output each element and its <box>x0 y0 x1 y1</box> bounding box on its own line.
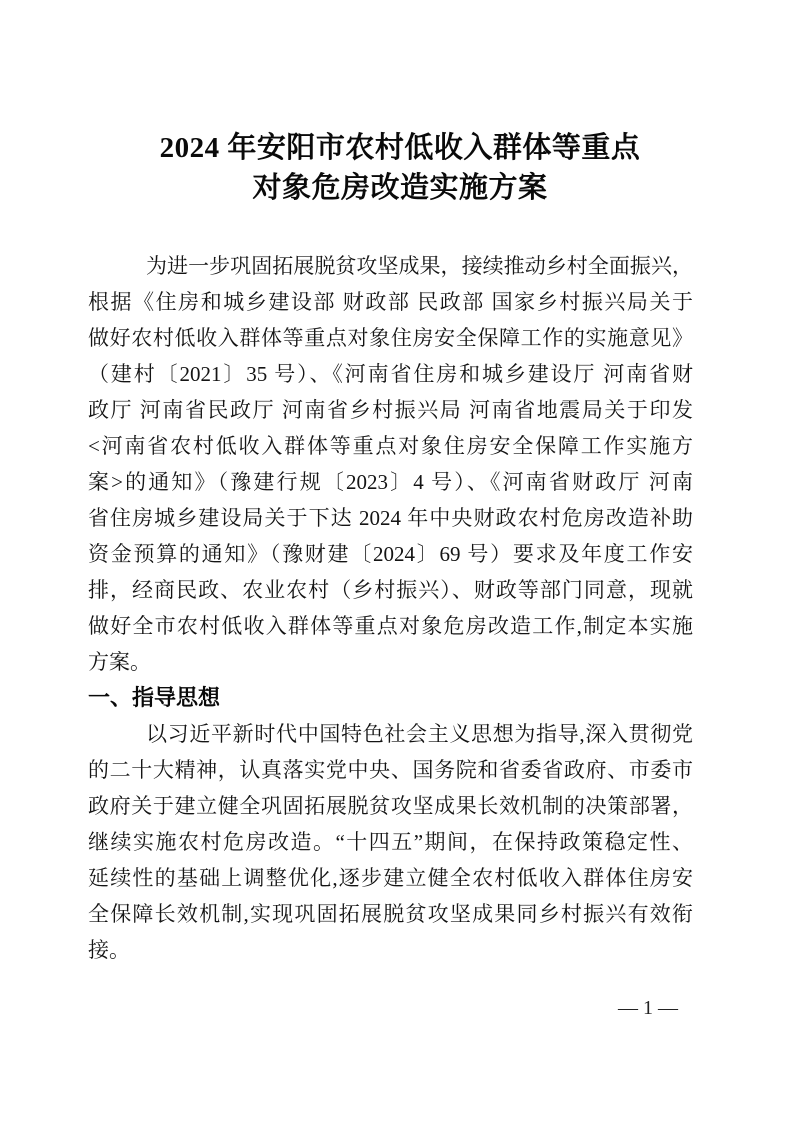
section-line: 接。 <box>88 932 693 968</box>
intro-line: 做好全市农村低收入群体等重点对象危房改造工作,制定本实施 <box>88 608 693 644</box>
document-title: 2024 年安阳市农村低收入群体等重点 对象危房改造实施方案 <box>88 128 693 208</box>
intro-line: 为进一步巩固拓展脱贫攻坚成果，接续推动乡村全面振兴， <box>88 248 693 284</box>
intro-line: 省住房城乡建设局关于下达 2024 年中央财政农村危房改造补助 <box>88 500 693 536</box>
intro-line: （建村〔2021〕35 号）、《河南省住房和城乡建设厅 河南省财 <box>88 356 693 392</box>
intro-line: 资金预算的通知》（豫财建〔2024〕69 号）要求及年度工作安 <box>88 536 693 572</box>
intro-line: <河南省农村低收入群体等重点对象住房安全保障工作实施方 <box>88 428 693 464</box>
section-line: 政府关于建立健全巩固拓展脱贫攻坚成果长效机制的决策部署， <box>88 788 693 824</box>
intro-line: 根据《住房和城乡建设部 财政部 民政部 国家乡村振兴局关于 <box>88 284 693 320</box>
section-line: 全保障长效机制,实现巩固拓展脱贫攻坚成果同乡村振兴有效衔 <box>88 896 693 932</box>
intro-line: 做好农村低收入群体等重点对象住房安全保障工作的实施意见》 <box>88 320 693 356</box>
section-line: 继续实施农村危房改造。“十四五”期间，在保持政策稳定性、 <box>88 824 693 860</box>
title-line-1: 2024 年安阳市农村低收入群体等重点 <box>107 128 693 168</box>
section-line: 延续性的基础上调整优化,逐步建立健全农村低收入群体住房安 <box>88 860 693 896</box>
section-line: 的二十大精神，认真落实党中央、国务院和省委省政府、市委市 <box>88 752 693 788</box>
intro-line: 政厅 河南省民政厅 河南省乡村振兴局 河南省地震局关于印发 <box>88 392 693 428</box>
section-heading: 一、指导思想 <box>88 680 693 716</box>
intro-line: 方案。 <box>88 644 693 680</box>
title-line-2: 对象危房改造实施方案 <box>107 168 693 208</box>
page-number: — 1 — <box>88 993 693 1023</box>
document-page: 2024 年安阳市农村低收入群体等重点 对象危房改造实施方案 为进一步巩固拓展脱… <box>0 0 793 1122</box>
section-line: 以习近平新时代中国特色社会主义思想为指导,深入贯彻党 <box>88 716 693 752</box>
intro-line: 排，经商民政、农业农村（乡村振兴）、财政等部门同意，现就 <box>88 572 693 608</box>
intro-line: 案>的通知》（豫建行规〔2023〕4 号）、《河南省财政厅 河南 <box>88 464 693 500</box>
document-body: 为进一步巩固拓展脱贫攻坚成果，接续推动乡村全面振兴， 根据《住房和城乡建设部 财… <box>88 248 693 968</box>
